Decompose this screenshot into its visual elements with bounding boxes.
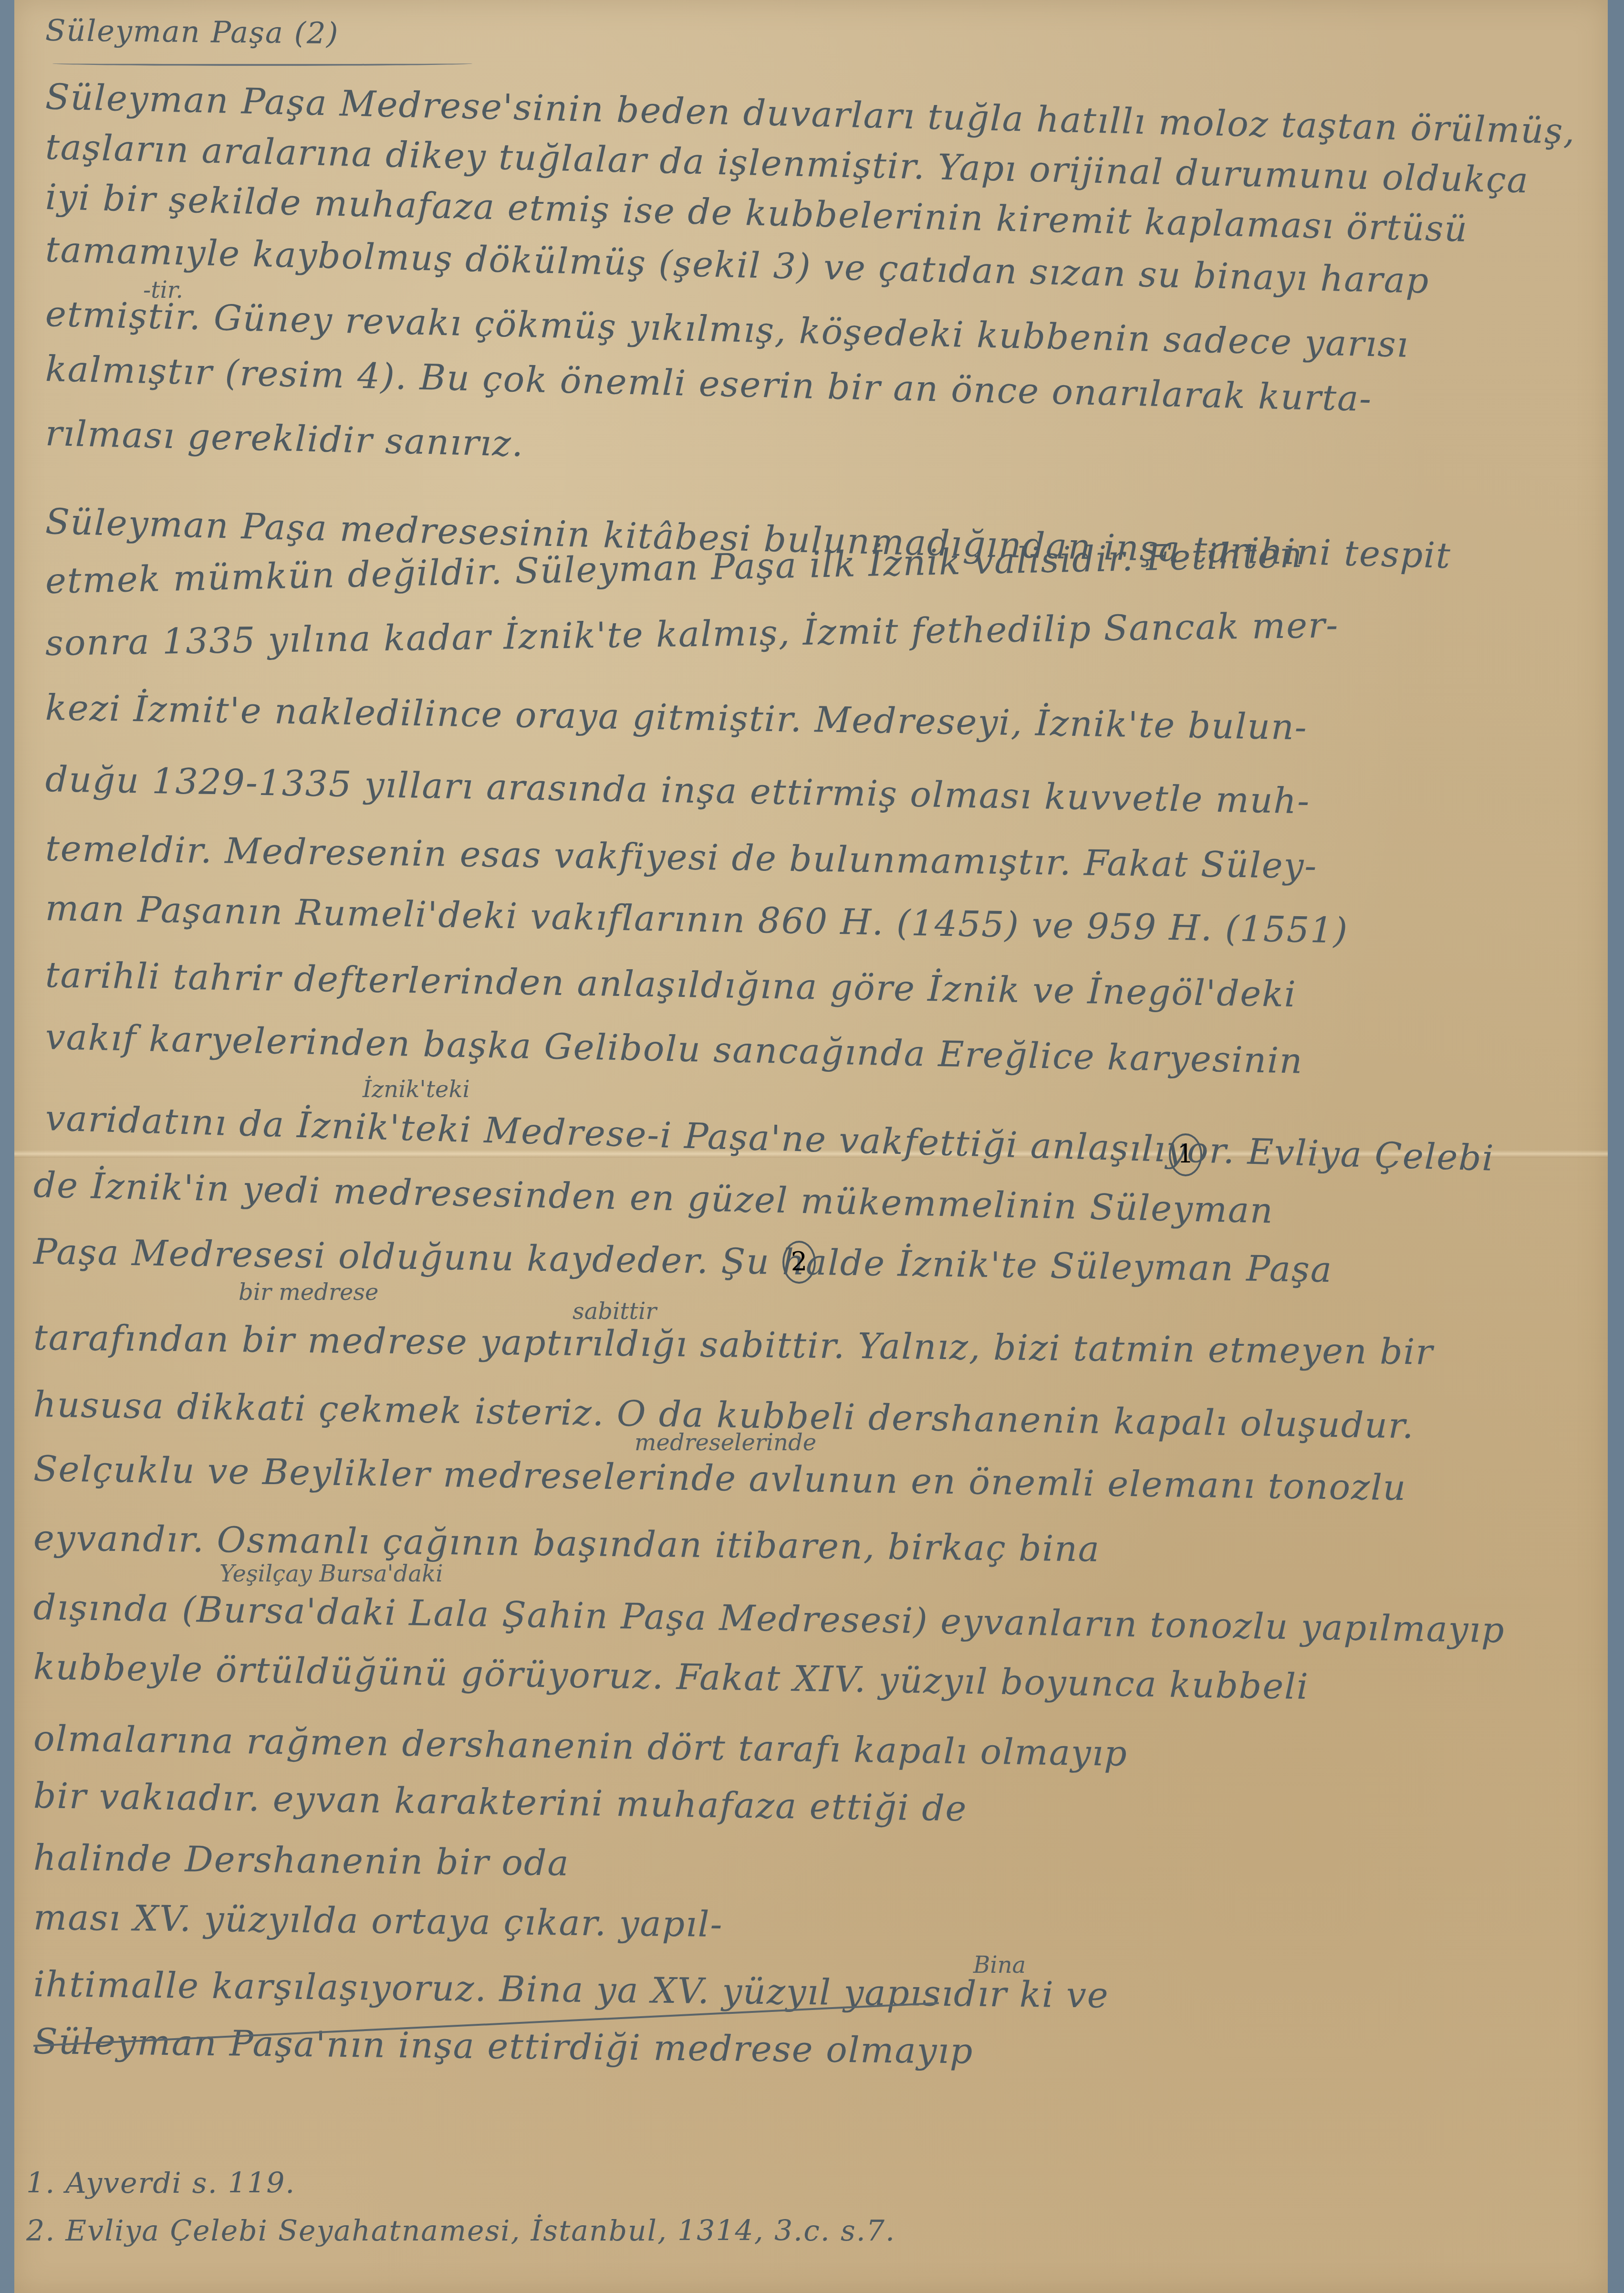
insertion-note: medreselerinde xyxy=(635,1429,816,1456)
text-line: ması XV. yüzyılda ortaya çıkar. yapıl- xyxy=(33,1897,723,1945)
scan-border xyxy=(1608,0,1624,2293)
insertion-note: bir medrese xyxy=(239,1279,378,1306)
insertion-note: Yeşilçay Bursa'daki xyxy=(219,1560,443,1587)
text-line: halinde Dershanenin bir oda xyxy=(33,1837,570,1884)
footnote-2: 2. Evliya Çelebi Seyahatnamesi, İstanbul… xyxy=(26,2214,895,2248)
page-title: Süleyman Paşa (2) xyxy=(45,13,339,51)
title-underline xyxy=(52,61,472,66)
footnote-1: 1. Ayverdi s. 119. xyxy=(26,2167,295,2200)
footnote-marker-1: 1 xyxy=(1169,1133,1202,1176)
insertion-note: İznik'teki xyxy=(363,1076,470,1103)
insertion-note: sabittir xyxy=(573,1298,656,1325)
footnote-marker-2: 2 xyxy=(782,1241,816,1284)
